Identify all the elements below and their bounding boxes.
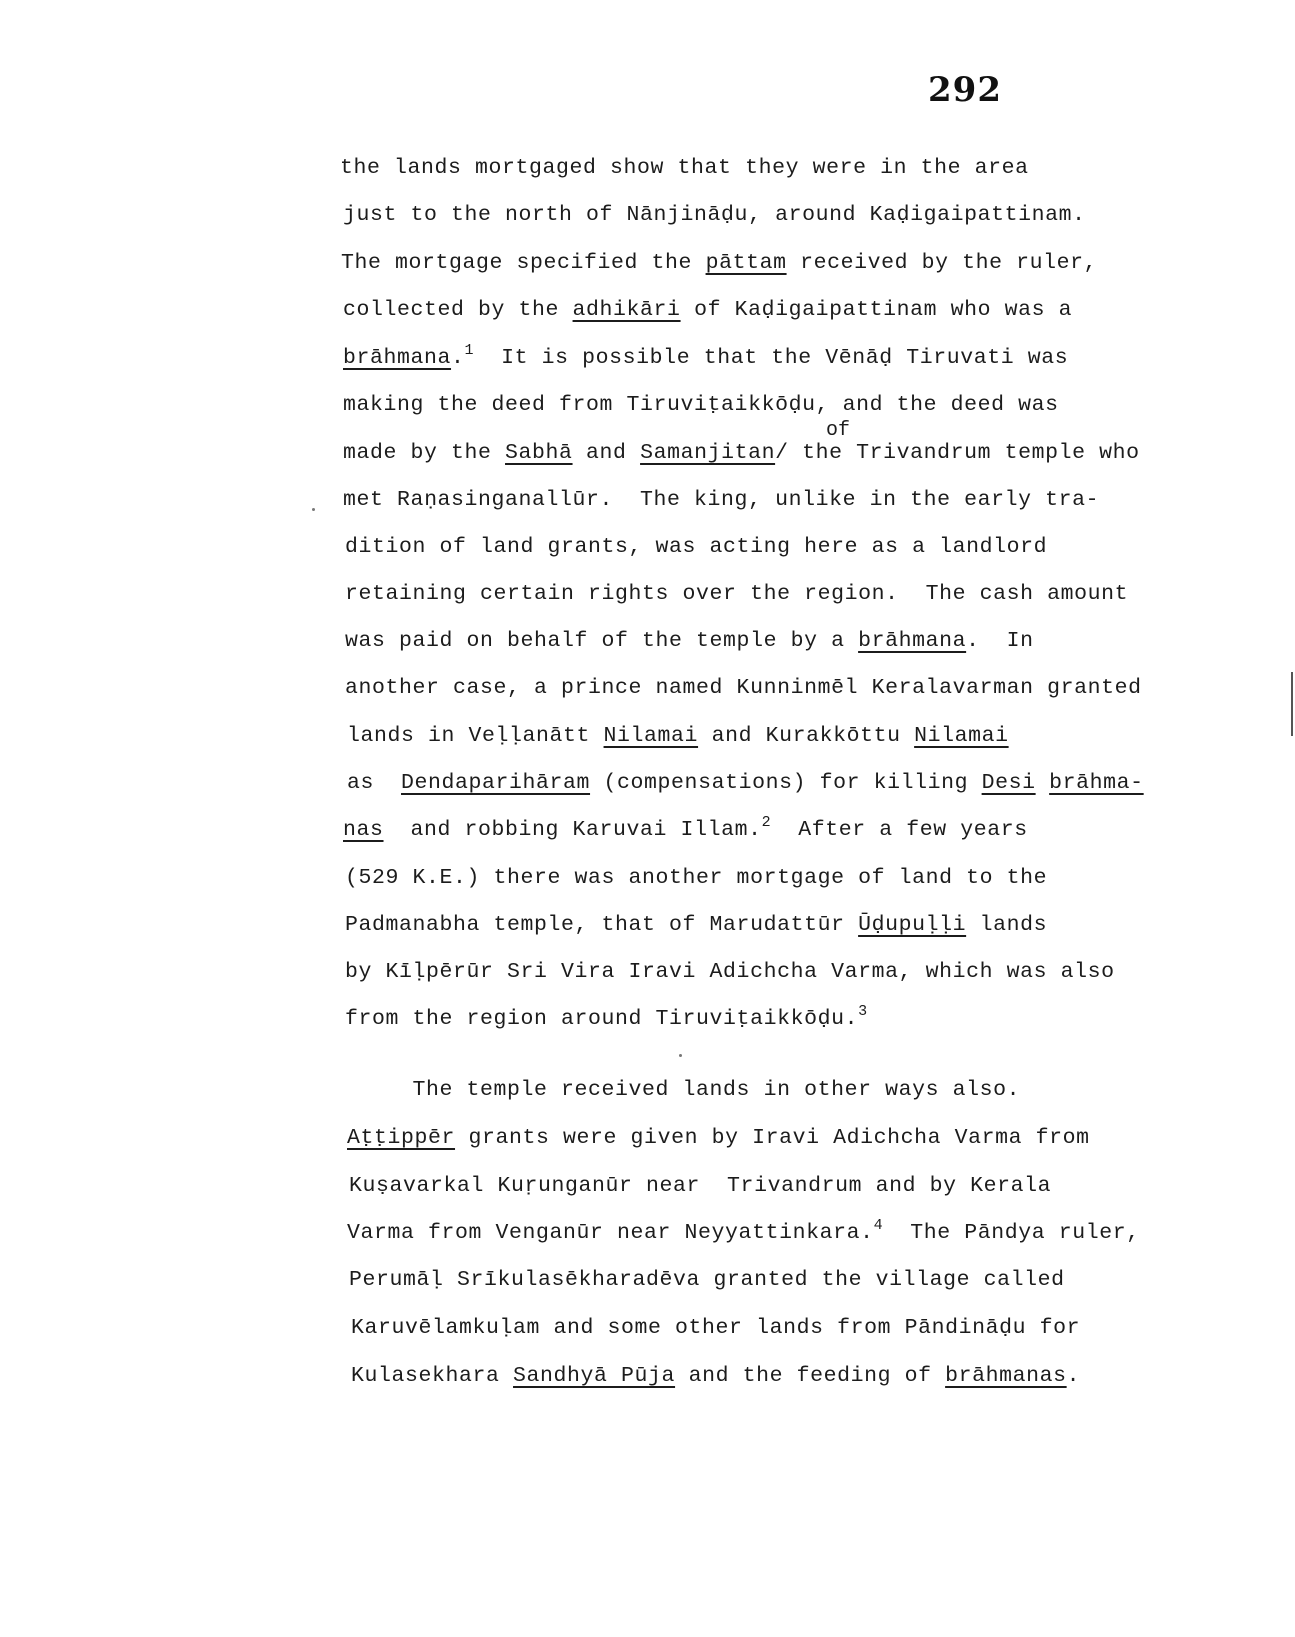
text-line: (529 K.E.) there was another mortgage of… [345, 868, 1047, 890]
underlined-term: Ūḍupuḷḷi [858, 913, 966, 937]
text-run: and robbing Karuvai Illam. [384, 818, 762, 842]
text-run: the lands mortgaged show that they were … [340, 156, 1029, 180]
text-run: lands in Veḷḷanātt [347, 724, 604, 748]
scan-speck [312, 508, 315, 511]
footnote-marker: 4 [874, 1217, 884, 1234]
text-run: another case, a prince named Kunninmēl K… [345, 676, 1142, 700]
text-run: lands [966, 913, 1047, 937]
text-line: met Raṇasinganallūr. The king, unlike in… [343, 490, 1099, 512]
underlined-term: Sandhyā Pūja [513, 1364, 675, 1388]
underlined-term: pāttam [706, 251, 787, 275]
text-line: collected by the adhikāri of Kaḍigaipatt… [343, 300, 1072, 322]
text-line: just to the north of Nānjināḍu, around K… [343, 205, 1086, 227]
text-run: It is possible that the Vēnāḍ Tiruvati w… [474, 346, 1068, 370]
text-run: Padmanabha temple, that of Marudattūr [345, 913, 858, 937]
text-line: Kulasekhara Sandhyā Pūja and the feeding… [351, 1366, 1080, 1388]
text-run: Kuṣavarkal Kuṛunganūr near Trivandrum an… [349, 1174, 1051, 1198]
text-line: Karuvēlamkuḷam and some other lands from… [351, 1318, 1080, 1340]
text-run: was paid on behalf of the temple by a [345, 629, 858, 653]
text-run: . [1067, 1364, 1081, 1388]
text-line: Perumāḷ Srīkulasēkharadēva granted the v… [349, 1270, 1065, 1292]
text-run: . [451, 346, 465, 370]
text-line: retaining certain rights over the region… [345, 584, 1128, 606]
text-run: The temple received lands in other ways … [345, 1078, 1020, 1102]
text-line: Padmanabha temple, that of Marudattūr Ūḍ… [345, 915, 1047, 937]
text-run: collected by the [343, 298, 573, 322]
text-run: made by the [343, 441, 505, 465]
text-run: and the feeding of [675, 1364, 945, 1388]
footnote-marker: 2 [762, 814, 772, 831]
text-run: met Raṇasinganallūr. The king, unlike in… [343, 488, 1099, 512]
text-run [1036, 771, 1050, 795]
text-line: making the deed from Tiruviṭaikkōḍu, and… [343, 395, 1059, 417]
interlinear-insertion: of [826, 419, 850, 442]
text-line: was paid on behalf of the temple by a br… [345, 631, 1034, 653]
underlined-term: Aṭṭippēr [347, 1126, 455, 1150]
footnote-marker: 1 [465, 342, 475, 359]
underlined-term: nas [343, 818, 384, 842]
text-run: of Kaḍigaipattinam who was a [681, 298, 1073, 322]
text-run: making the deed from Tiruviṭaikkōḍu, and… [343, 393, 1059, 417]
underlined-term: Sabhā [505, 441, 573, 465]
text-line: lands in Veḷḷanātt Nilamai and Kurakkōtt… [347, 726, 1009, 748]
text-run: Perumāḷ Srīkulasēkharadēva granted the v… [349, 1268, 1065, 1292]
underlined-term: adhikāri [573, 298, 681, 322]
underlined-term: brāhma- [1049, 771, 1144, 795]
text-run: Varma from Venganūr near Neyyattinkara. [347, 1221, 874, 1245]
margin-mark [1291, 672, 1293, 736]
page-number: 292 [928, 70, 1002, 110]
text-line: The temple received lands in other ways … [345, 1080, 1020, 1102]
text-line: Varma from Venganūr near Neyyattinkara.4… [347, 1223, 1140, 1245]
text-run: Karuvēlamkuḷam and some other lands from… [351, 1316, 1080, 1340]
text-run: The Pāndya ruler, [883, 1221, 1140, 1245]
text-run: Kulasekhara [351, 1364, 513, 1388]
text-run: (529 K.E.) there was another mortgage of… [345, 866, 1047, 890]
text-line: Aṭṭippēr grants were given by Iravi Adic… [347, 1128, 1090, 1150]
text-run: / the Trivandrum temple who [775, 441, 1140, 465]
text-line: Kuṣavarkal Kuṛunganūr near Trivandrum an… [349, 1176, 1051, 1198]
underlined-term: Nilamai [914, 724, 1009, 748]
text-line: The mortgage specified the pāttam receiv… [341, 253, 1097, 275]
text-run: dition of land grants, was acting here a… [345, 535, 1047, 559]
text-line: by Kīḷpērūr Sri Vira Iravi Adichcha Varm… [345, 962, 1115, 984]
underlined-term: brāhmana [858, 629, 966, 653]
underlined-term: Dendaparihāram [401, 771, 590, 795]
text-run: by Kīḷpērūr Sri Vira Iravi Adichcha Varm… [345, 960, 1115, 984]
text-run: and [573, 441, 641, 465]
text-line: dition of land grants, was acting here a… [345, 537, 1047, 559]
underlined-term: Nilamai [604, 724, 699, 748]
underlined-term: brāhmanas [945, 1364, 1067, 1388]
text-run: The mortgage specified the [341, 251, 706, 275]
text-run: received by the ruler, [787, 251, 1098, 275]
underlined-term: brāhmana [343, 346, 451, 370]
text-run: . In [966, 629, 1034, 653]
text-line: brāhmana.1 It is possible that the Vēnāḍ… [343, 348, 1068, 370]
text-run: and Kurakkōttu [698, 724, 914, 748]
scan-speck [679, 1054, 682, 1057]
underlined-term: Samanjitan [640, 441, 775, 465]
text-run: as [347, 771, 401, 795]
text-line: from the region around Tiruviṭaikkōḍu.3 [345, 1009, 868, 1031]
text-line: made by the Sabhā and Samanjitan/ the Tr… [343, 443, 1140, 465]
text-run: just to the north of Nānjināḍu, around K… [343, 203, 1086, 227]
text-run: (compensations) for killing [590, 771, 982, 795]
text-run: retaining certain rights over the region… [345, 582, 1128, 606]
text-line: the lands mortgaged show that they were … [340, 158, 1029, 180]
text-run: grants were given by Iravi Adichcha Varm… [455, 1126, 1090, 1150]
text-line: as Dendaparihāram (compensations) for ki… [347, 773, 1144, 795]
text-run: After a few years [771, 818, 1028, 842]
underlined-term: Desi [982, 771, 1036, 795]
text-line: another case, a prince named Kunninmēl K… [345, 678, 1142, 700]
footnote-marker: 3 [858, 1003, 868, 1020]
text-line: nas and robbing Karuvai Illam.2 After a … [343, 820, 1028, 842]
text-run: from the region around Tiruviṭaikkōḍu. [345, 1007, 858, 1031]
